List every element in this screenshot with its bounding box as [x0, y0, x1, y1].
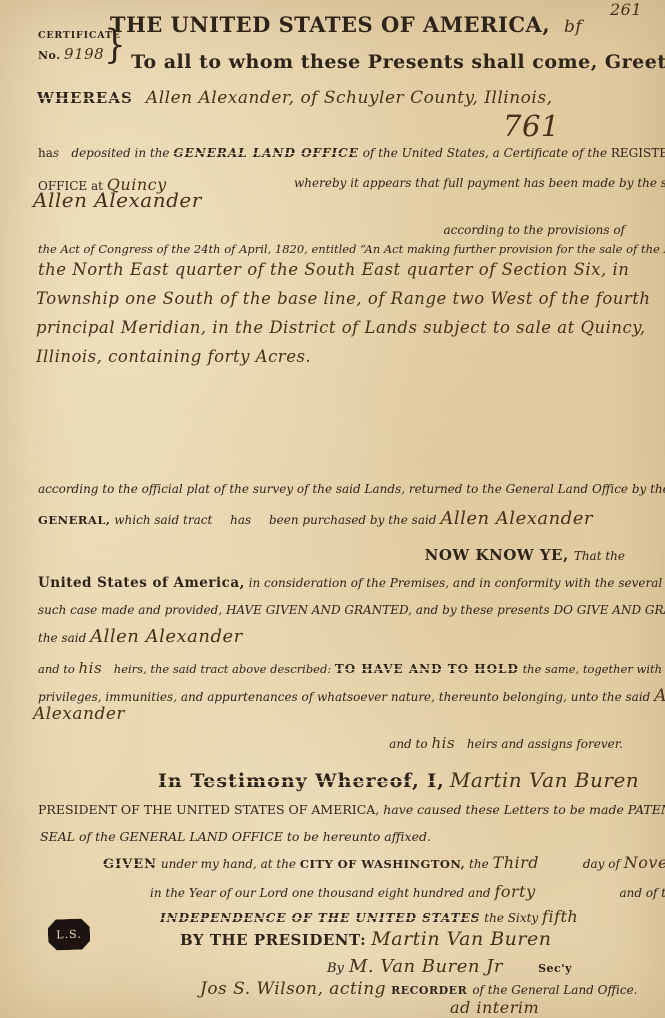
- which-tract-clause: which said tract: [114, 513, 212, 527]
- city-of-washington-label: CITY OF WASHINGTON,: [300, 857, 465, 871]
- letters-patent-clause: have caused these Letters to be made PAT…: [383, 802, 665, 817]
- land-description-line-1: the North East quarter of the South East…: [38, 261, 629, 280]
- in-testimony-label: In Testimony Whereof, I,: [158, 770, 445, 792]
- certificate-brace: }: [104, 23, 126, 68]
- whereas-label: WHEREAS: [37, 89, 133, 107]
- has-word: has: [230, 513, 251, 527]
- certificate-no-label: No.: [38, 49, 61, 62]
- his-word-1: his: [78, 659, 102, 677]
- grantee-first-name: Allen: [654, 686, 665, 706]
- recorder-office-label: of the General Land Office.: [472, 983, 637, 997]
- president-title-line: PRESIDENT OF THE UNITED STATES OF AMERIC…: [38, 802, 379, 817]
- recorder-signature: Jos S. Wilson, acting: [200, 979, 386, 999]
- privileges-clause: privileges, immunities, and appurtenance…: [38, 690, 650, 704]
- has-script: s: [53, 146, 60, 160]
- the-sixty-label: the Sixty: [484, 911, 538, 925]
- seal-ls-label: L.S.: [56, 928, 82, 942]
- land-description-line-4: Illinois, containing forty Acres.: [36, 348, 311, 367]
- heirs-clause: heirs, the said tract above described:: [114, 662, 331, 676]
- docket-number: 761: [503, 110, 560, 143]
- deposit-rest: of the United States, a Certificate of t…: [363, 146, 607, 160]
- grant-line-2: such case made and provided, HAVE GIVEN …: [38, 604, 665, 618]
- year-value: forty: [494, 882, 535, 901]
- general-land-office-label: GENERAL LAND OFFICE: [173, 146, 359, 160]
- provisions-clause: according to the provisions of: [444, 224, 625, 238]
- that-the: That the: [574, 549, 625, 563]
- recorder-label: RECORDER: [391, 984, 467, 997]
- purchased-clause: been purchased by the said: [269, 513, 437, 527]
- grantee-name-grant: Allen Alexander: [90, 626, 243, 647]
- land-description-line-3: principal Meridian, in the District of L…: [36, 319, 646, 338]
- president-signature: Martin Van Buren: [371, 928, 551, 950]
- to-have-and-hold-label: TO HAVE AND TO HOLD: [335, 662, 519, 676]
- seal-clause: SEAL of the GENERAL LAND OFFICE to be he…: [40, 830, 431, 844]
- by-the-president-label: BY THE PRESIDENT:: [180, 931, 366, 949]
- day-of-label: day of: [583, 857, 620, 871]
- secretary-signature: M. Van Buren Jr: [349, 956, 503, 977]
- greeting-line: To all to whom these Presents shall come…: [131, 52, 665, 74]
- the-word: the: [469, 857, 489, 871]
- deposit-mid: deposited in the: [71, 146, 169, 160]
- ad-interim-note: ad interim: [450, 999, 539, 1017]
- land-description-line-2: Township one South of the base line, of …: [36, 290, 651, 309]
- grantee-last-name: Alexander: [33, 705, 125, 725]
- year-clause: in the Year of our Lord one thousand eig…: [150, 886, 491, 900]
- purchaser-name: Allen Alexander: [440, 508, 593, 529]
- secy-label: Sec'y: [538, 962, 572, 975]
- forever-clause: heirs and assigns forever.: [467, 737, 623, 751]
- now-know-ye-label: NOW KNOW YE,: [425, 546, 569, 564]
- general-label: GENERAL,: [38, 513, 110, 527]
- month-value: November: [624, 853, 665, 872]
- act-of-congress-line: the Act of Congress of the 24th of April…: [38, 243, 665, 256]
- independence-label: INDEPENDENCE OF THE UNITED STATES: [160, 911, 480, 925]
- under-hand-clause: under my hand, at the: [161, 857, 296, 871]
- given-label: GIVEN: [103, 857, 157, 872]
- payment-clause: whereby it appears that full payment has…: [294, 177, 665, 191]
- his-word-2: his: [431, 734, 455, 752]
- rights-clause: the same, together with all the rights,: [523, 662, 665, 676]
- grantee-name-whereas: Allen Alexander, of Schuyler County, Ill…: [146, 88, 553, 108]
- register-label: REGISTER OF THE LAND: [611, 146, 665, 160]
- and-of-the-label: and of the: [619, 886, 665, 900]
- and-to-1: and to: [38, 662, 75, 676]
- by-label: By: [327, 961, 344, 976]
- president-name-script: Martin Van Buren: [450, 768, 639, 792]
- day-value: Third: [493, 853, 539, 872]
- and-to-2: and to: [389, 737, 427, 751]
- payer-name: Allen Alexander: [33, 189, 202, 212]
- grant-line-1: in consideration of the Premises, and in…: [249, 576, 665, 590]
- usa-label: United States of America,: [38, 575, 245, 591]
- land-patent-document: 261 bf THE UNITED STATES OF AMERICA, CER…: [0, 0, 665, 1018]
- has-printed: ha: [38, 146, 53, 160]
- the-said: the said: [38, 631, 86, 645]
- survey-line-1: according to the official plat of the su…: [38, 482, 665, 496]
- certificate-number: 9198: [64, 45, 104, 63]
- seal-stamp: L.S.: [47, 918, 90, 950]
- independence-value: fifth: [542, 907, 578, 926]
